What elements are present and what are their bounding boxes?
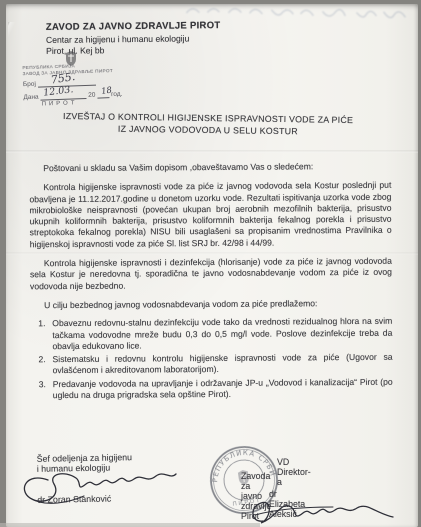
document-body: Poštovani u skladu sa Vašim dopisom ,oba… <box>29 161 393 404</box>
organization-name: ZAVOD ZA JAVNO ZDRAVLJE PIROT <box>46 20 221 33</box>
list-item-number: 3. <box>39 379 46 390</box>
list-item-text: Predavanje vodovoda na upravljanje i odr… <box>53 376 393 400</box>
organization-department: Centar za higijenu i humanu ekologiju <box>46 33 221 45</box>
signer-role-line1: VD Direktor-a <box>277 457 311 487</box>
list-item-text: Sistematsku i redovnu kontrolu higijensk… <box>52 352 392 376</box>
paper-edge-shadow <box>0 523 260 527</box>
scanned-document-page: ZAVOD ZA JAVNO ZDRAVLJE PIROT Centar za … <box>0 0 421 527</box>
intake-stamp: РЕПУБЛИКА СРБИЈА ЗАВОД ЗА ЈАВНО ЗДРАВЉЕ … <box>22 62 148 108</box>
stamp-number-label: Број <box>23 81 36 88</box>
stamp-year-value: 18 <box>101 86 113 97</box>
handwritten-signature-left <box>18 462 183 517</box>
list-item-number: 1. <box>38 318 45 329</box>
list-item-text: Obaveznu redovnu-stalnu dezinfekciju vod… <box>52 316 392 351</box>
paragraph-proposal-intro: U cilju bezbednog javnog vodosnabdevanja… <box>30 298 392 312</box>
list-item: 2. Sistematsku i redovnu kontrolu higije… <box>30 352 392 377</box>
document-title: IZVEŠTAJ O KONTROLI HIGIJENSKE ISPRAVNOS… <box>28 109 388 138</box>
salutation-paragraph: Poštovani u skladu sa Vašim dopisom ,oba… <box>29 161 391 175</box>
paragraph-disinfection: Kontrola higijenske ispravnosti i dezinf… <box>30 256 392 292</box>
list-item-number: 2. <box>38 354 45 365</box>
list-item: 1. Obaveznu redovnu-stalnu dezinfekciju … <box>30 316 392 352</box>
stamp-date-label: Дана <box>23 94 38 102</box>
stamp-year-prefix: 20 <box>88 92 95 99</box>
handwritten-signature-right <box>247 493 397 527</box>
paragraph-control-results: Kontrola higijenske ispravnosti vode za … <box>29 180 391 250</box>
paper-crease <box>6 150 418 153</box>
recommendations-list: 1. Obaveznu redovnu-stalnu dezinfekciju … <box>30 316 393 402</box>
list-item: 3. Predavanje vodovoda na upravljanje i … <box>31 376 393 401</box>
stamp-number-row: Број 755. <box>23 76 148 88</box>
